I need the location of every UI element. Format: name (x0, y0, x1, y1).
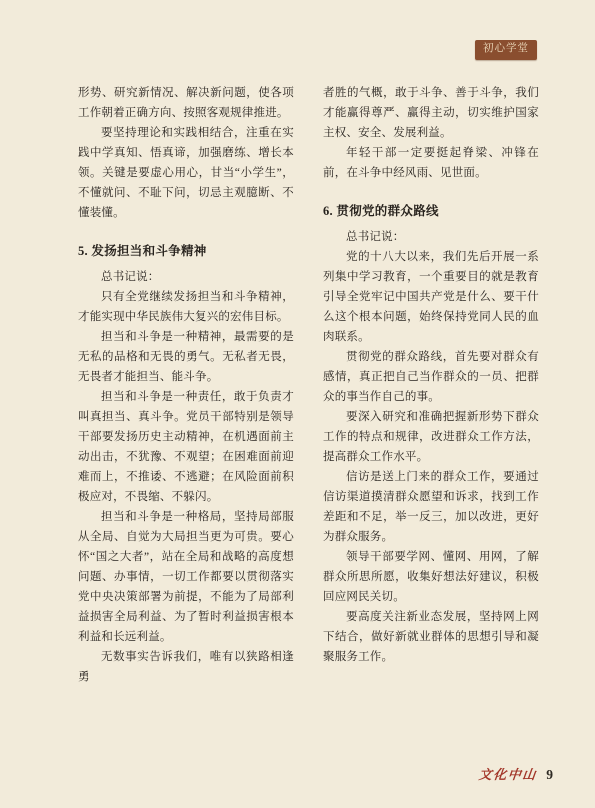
document-page: 初心学堂 形势、研究新情况、解决新问题，使各项工作朝着正确方向、按照客观规律推进… (0, 0, 595, 808)
body-paragraph: 领导干部要学网、懂网、用网，了解群众所思所愿，收集好想法好建议，积极回应网民关切… (323, 547, 539, 607)
body-paragraph: 无数事实告诉我们，唯有以狭路相逢勇 (78, 647, 294, 687)
body-paragraph: 担当和斗争是一种精神，最需要的是无私的品格和无畏的勇气。无私者无畏，无畏者才能担… (78, 327, 294, 387)
page-number: 9 (546, 767, 553, 783)
body-paragraph: 贯彻党的群众路线，首先要对群众有感情，真正把自己当作群众的一员、把群众的事当作自… (323, 347, 539, 407)
body-paragraph: 党的十八大以来，我们先后开展一系列集中学习教育，一个重要目的就是教育引导全党牢记… (323, 247, 539, 347)
body-paragraph: 担当和斗争是一种格局，坚持局部服从全局、自觉为大局担当更为可贵。要心怀“国之大者… (78, 507, 294, 647)
body-paragraph: 年轻干部一定要挺起脊梁、冲锋在前，在斗争中经风雨、见世面。 (323, 143, 539, 183)
body-paragraph: 信访是送上门来的群众工作，要通过信访渠道摸清群众愿望和诉求，找到工作差距和不足，… (323, 467, 539, 547)
page-footer: 文化中山 9 (479, 764, 553, 783)
body-paragraph: 只有全党继续发扬担当和斗争精神，才能实现中华民族伟大复兴的宏伟目标。 (78, 287, 294, 327)
body-paragraph: 者胜的气概，敢于斗争、善于斗争，我们才能赢得尊严、赢得主动，切实维护国家主权、安… (323, 83, 539, 143)
section-heading: 6. 贯彻党的群众路线 (323, 201, 539, 221)
section-heading: 5. 发扬担当和斗争精神 (78, 241, 294, 261)
body-paragraph: 要深入研究和准确把握新形势下群众工作的特点和规律，改进群众工作方法，提高群众工作… (323, 407, 539, 467)
left-column: 形势、研究新情况、解决新问题，使各项工作朝着正确方向、按照客观规律推进。要坚持理… (78, 83, 294, 687)
body-paragraph: 总书记说： (323, 227, 539, 247)
right-column: 者胜的气概，敢于斗争、善于斗争，我们才能赢得尊严、赢得主动，切实维护国家主权、安… (323, 83, 539, 687)
text-columns: 形势、研究新情况、解决新问题，使各项工作朝着正确方向、按照客观规律推进。要坚持理… (78, 83, 539, 687)
body-paragraph: 担当和斗争是一种责任，敢于负责才叫真担当、真斗争。党员干部特别是领导干部要发扬历… (78, 387, 294, 507)
body-paragraph: 总书记说： (78, 267, 294, 287)
body-paragraph: 要高度关注新业态发展，坚持网上网下结合，做好新就业群体的思想引导和凝聚服务工作。 (323, 607, 539, 667)
header-badge: 初心学堂 (475, 40, 537, 60)
footer-calligraphy-logo: 文化中山 (478, 764, 538, 783)
body-paragraph: 形势、研究新情况、解决新问题，使各项工作朝着正确方向、按照客观规律推进。 (78, 83, 294, 123)
body-paragraph: 要坚持理论和实践相结合，注重在实践中学真知、悟真谛，加强磨练、增长本领。关键是要… (78, 123, 294, 223)
